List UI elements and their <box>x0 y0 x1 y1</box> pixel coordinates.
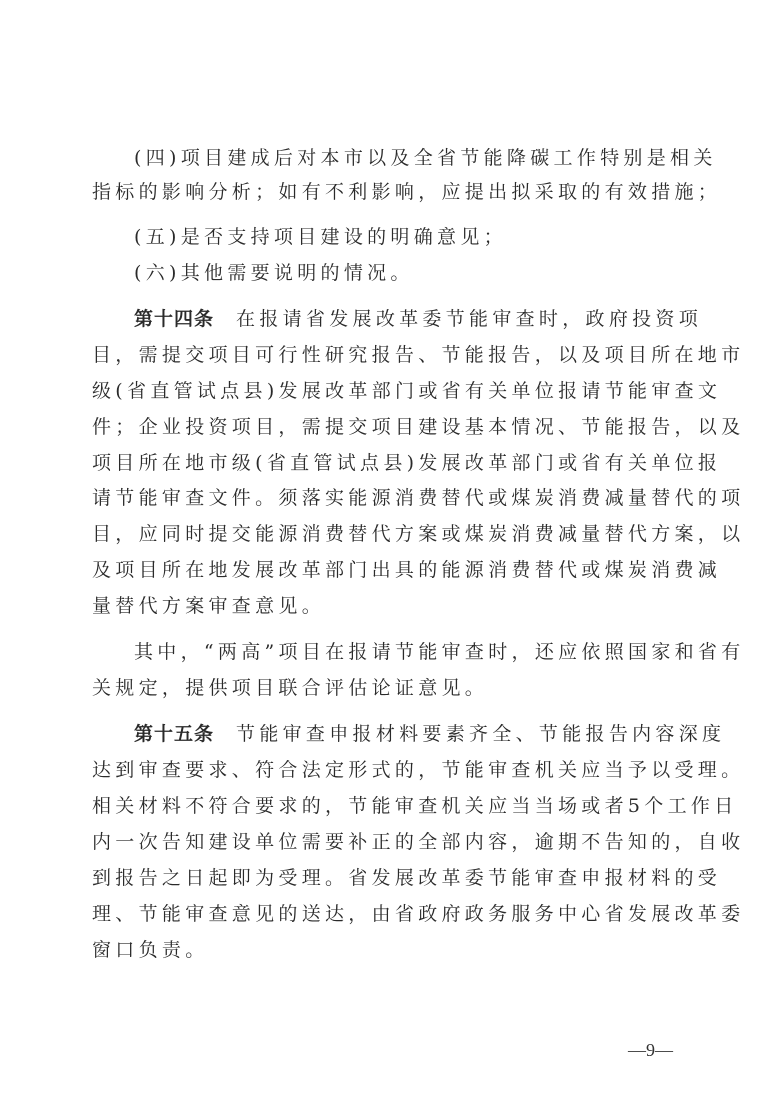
text-line: 窗口负责。 <box>92 936 209 964</box>
text-line: 目，需提交项目可行性研究报告、节能报告，以及项目所在地市 <box>92 341 744 369</box>
text-line: 量替代方案审查意见。 <box>92 592 325 620</box>
text-line: (四)项目建成后对本市以及全省节能降碳工作特别是相关 <box>134 144 717 172</box>
text-line: 指标的影响分析；如有不利影响，应提出拟采取的有效措施； <box>92 178 721 206</box>
text-line: 目，应同时提交能源消费替代方案或煤炭消费减量替代方案，以 <box>92 520 744 548</box>
text-line: 达到审查要求、符合法定形式的，节能审查机关应当予以受理。 <box>92 756 744 784</box>
article-14-heading-line: 第十四条在报请省发展改革委节能审查时，政府投资项 <box>134 305 702 333</box>
page-number: —9— <box>628 1040 673 1061</box>
text-line: 相关材料不符合要求的，节能审查机关应当当场或者5个工作日 <box>92 792 738 820</box>
text-line: 关规定，提供项目联合评估论证意见。 <box>92 674 488 702</box>
text-line: 理、节能审查意见的送达，由省政府政务服务中心省发展改革委 <box>92 900 744 928</box>
text-line: 到报告之日起即为受理。省发展改革委节能审查申报材料的受 <box>92 864 721 892</box>
text-line: 请节能审查文件。须落实能源消费替代或煤炭消费减量替代的项 <box>92 484 744 512</box>
text-line: 内一次告知建设单位需要补正的全部内容，逾期不告知的，自收 <box>92 828 744 856</box>
article-15-heading-line: 第十五条节能审查申报材料要素齐全、节能报告内容深度 <box>134 720 725 748</box>
text-line: (五)是否支持项目建设的明确意见； <box>134 223 507 251</box>
text-line: (六)其他需要说明的情况。 <box>134 259 414 287</box>
article-heading: 第十五条 <box>134 723 214 745</box>
text-line: 项目所在地市级(省直管试点县)发展改革部门或省有关单位报 <box>92 449 721 477</box>
text-line: 其中，“两高”项目在报请节能审查时，还应依照国家和省有 <box>134 638 745 666</box>
text-line: 及项目所在地发展改革部门出具的能源消费替代或煤炭消费减 <box>92 556 721 584</box>
text-line: 级(省直管试点县)发展改革部门或省有关单位报请节能审查文 <box>92 377 721 405</box>
text-line: 件；企业投资项目，需提交项目建设基本情况、节能报告，以及 <box>92 413 744 441</box>
article-heading: 第十四条 <box>134 308 214 330</box>
